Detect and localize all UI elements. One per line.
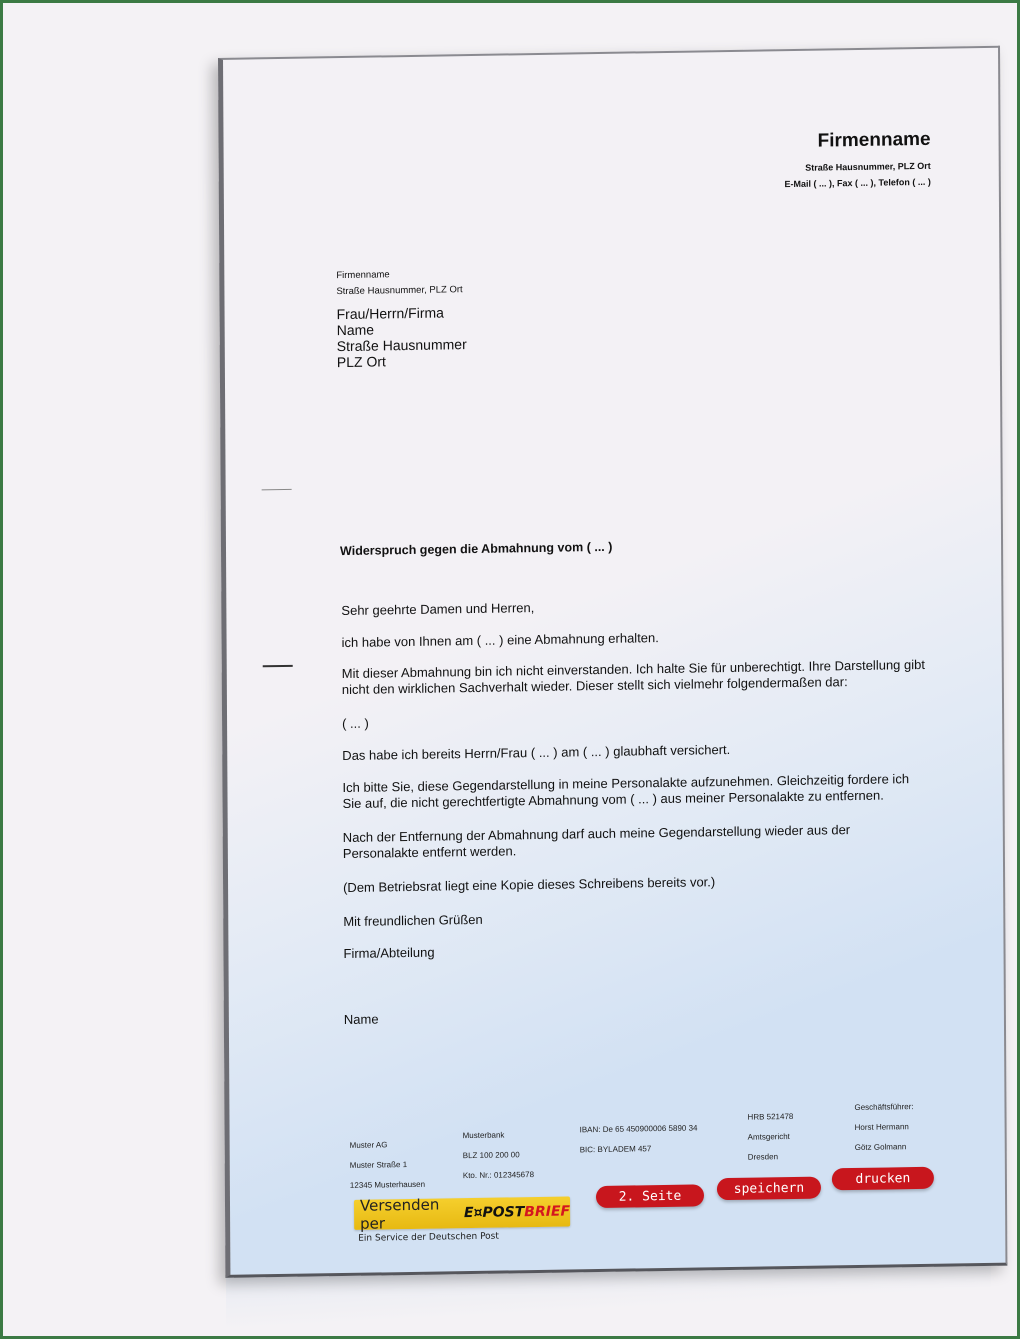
footer-line: Musterbank bbox=[463, 1125, 534, 1146]
footer-bank: Musterbank BLZ 100 200 00 Kto. Nr.: 0123… bbox=[463, 1125, 535, 1186]
epost-brand-logo: E¤POST bbox=[464, 1204, 524, 1221]
footer-company: Muster AG Muster Straße 1 12345 Musterha… bbox=[350, 1135, 426, 1196]
footer-line: Götz Golmann bbox=[855, 1137, 914, 1158]
body-paragraph: Mit dieser Abmahnung bin ich nicht einve… bbox=[342, 657, 927, 698]
letter-subject: Widerspruch gegen die Abmahnung vom ( ..… bbox=[340, 540, 612, 558]
epost-service-line: Ein Service der Deutschen Post bbox=[358, 1232, 499, 1244]
body-paragraph: ich habe von Ihnen am ( ... ) eine Abmah… bbox=[342, 626, 927, 651]
fold-mark bbox=[262, 489, 292, 490]
recipient-line: Straße Hausnummer bbox=[337, 336, 467, 354]
body-paragraph: Nach der Entfernung der Abmahnung darf a… bbox=[343, 821, 928, 862]
footer-line: Muster AG bbox=[350, 1135, 425, 1156]
footer-register: HRB 521478 Amtsgericht Dresden bbox=[747, 1107, 793, 1168]
epost-brand-brief: BRIEF bbox=[524, 1203, 570, 1220]
footer-line: IBAN: De 65 450900006 5890 34 bbox=[580, 1118, 698, 1140]
footer-line: Geschäftsführer: bbox=[854, 1097, 913, 1118]
footer-line: Muster Straße 1 bbox=[350, 1155, 425, 1176]
epostbrief-send-button[interactable]: Versenden per E¤POSTBRIEF bbox=[354, 1196, 570, 1229]
body-paragraph: Ich bitte Sie, diese Gegendarstellung in… bbox=[342, 771, 927, 812]
body-paragraph: ( ... ) bbox=[342, 707, 927, 732]
recipient-address-block: Frau/Herrn/Firma Name Straße Hausnummer … bbox=[337, 304, 467, 370]
closing: Mit freundlichen Grüßen bbox=[343, 905, 928, 930]
letterhead-contact: E-Mail ( ... ), Fax ( ... ), Telefon ( .… bbox=[784, 177, 930, 189]
save-button[interactable]: speichern bbox=[717, 1177, 821, 1201]
sender-address: Straße Hausnummer, PLZ Ort bbox=[336, 284, 462, 297]
footer-line: HRB 521478 bbox=[747, 1107, 793, 1128]
footer-line: 12345 Musterhausen bbox=[350, 1175, 425, 1196]
letterhead-address: Straße Hausnummer, PLZ Ort bbox=[805, 161, 931, 173]
body-paragraph: Das habe ich bereits Herrn/Frau ( ... ) … bbox=[342, 739, 927, 764]
page-2-button[interactable]: 2. Seite bbox=[596, 1184, 704, 1208]
footer-line: Horst Hermann bbox=[855, 1117, 914, 1138]
punch-mark bbox=[263, 665, 293, 667]
print-button[interactable]: drucken bbox=[832, 1167, 934, 1191]
footer-line: Kto. Nr.: 012345678 bbox=[463, 1165, 534, 1186]
footer-line: Dresden bbox=[748, 1147, 794, 1168]
body-paragraph: (Dem Betriebsrat liegt eine Kopie dieses… bbox=[343, 871, 928, 896]
epost-prefix: Versenden per bbox=[360, 1195, 458, 1233]
footer-line: Amtsgericht bbox=[748, 1127, 794, 1148]
footer-line: BIC: BYLADEM 457 bbox=[580, 1138, 698, 1160]
salutation: Sehr geehrte Damen und Herren, bbox=[341, 594, 926, 619]
footer-iban: IBAN: De 65 450900006 5890 34 BIC: BYLAD… bbox=[580, 1118, 698, 1160]
department: Firma/Abteilung bbox=[343, 937, 928, 962]
footer-line: BLZ 100 200 00 bbox=[463, 1145, 534, 1166]
document-page: Firmenname Straße Hausnummer, PLZ Ort E-… bbox=[218, 46, 1007, 1278]
recipient-line: PLZ Ort bbox=[337, 352, 467, 370]
sender-name: Firmenname bbox=[336, 269, 389, 281]
letterhead-company-name: Firmenname bbox=[818, 129, 931, 153]
footer-management: Geschäftsführer: Horst Hermann Götz Golm… bbox=[854, 1097, 914, 1158]
signature-name: Name bbox=[344, 1003, 929, 1028]
